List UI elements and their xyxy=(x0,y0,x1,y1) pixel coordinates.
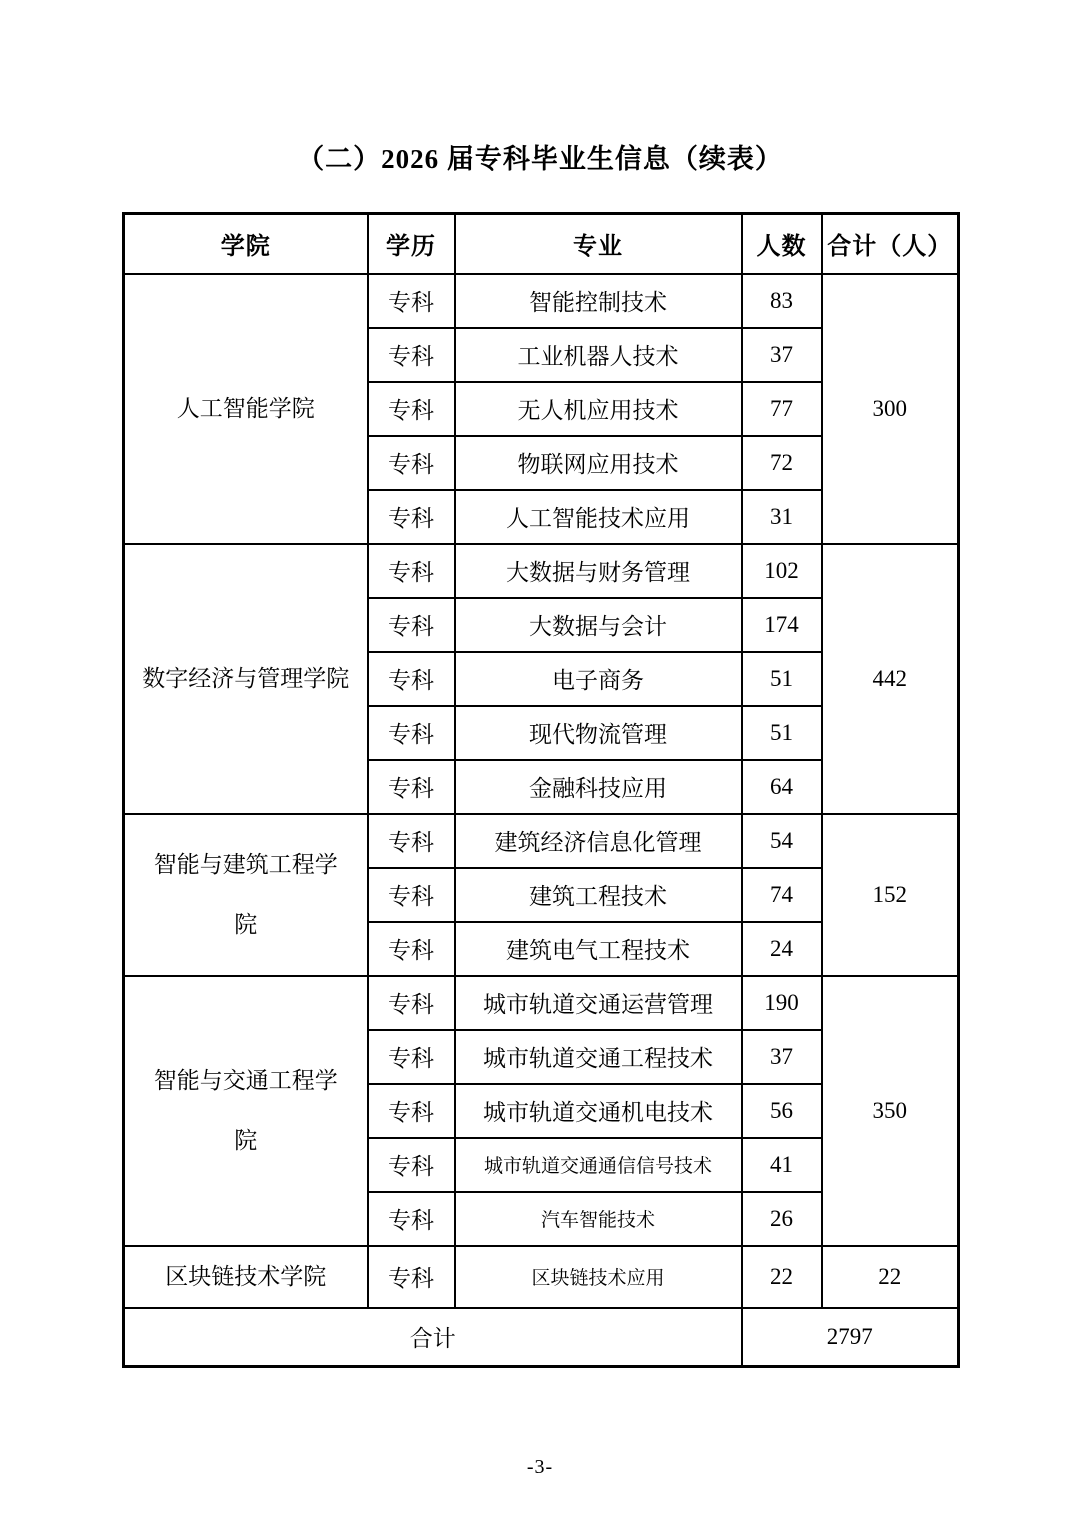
count-cell: 24 xyxy=(742,922,822,976)
degree-cell: 专科 xyxy=(368,1192,455,1246)
footer-label-cell: 合计 xyxy=(124,1308,742,1367)
table-row: 人工智能学院专科智能控制技术83300 xyxy=(124,274,959,328)
degree-cell: 专科 xyxy=(368,1084,455,1138)
count-cell: 77 xyxy=(742,382,822,436)
college-name-line: 院 xyxy=(125,1111,367,1171)
graduates-table: 学院 学历 专业 人数 合计（人） 人工智能学院专科智能控制技术83300专科工… xyxy=(122,212,960,1368)
degree-cell: 专科 xyxy=(368,1246,455,1308)
count-cell: 174 xyxy=(742,598,822,652)
degree-cell: 专科 xyxy=(368,328,455,382)
count-cell: 51 xyxy=(742,706,822,760)
page-title: （二）2026 届专科毕业生信息（续表） xyxy=(0,0,1080,177)
major-cell: 工业机器人技术 xyxy=(455,328,742,382)
header-college: 学院 xyxy=(124,214,368,274)
group-total-cell: 300 xyxy=(822,274,959,544)
table-body: 人工智能学院专科智能控制技术83300专科工业机器人技术37专科无人机应用技术7… xyxy=(124,274,959,1308)
count-cell: 51 xyxy=(742,652,822,706)
major-cell: 城市轨道交通通信信号技术 xyxy=(455,1138,742,1192)
degree-cell: 专科 xyxy=(368,274,455,328)
header-count: 人数 xyxy=(742,214,822,274)
page-number: -3- xyxy=(0,1456,1080,1479)
degree-cell: 专科 xyxy=(368,1138,455,1192)
group-total-cell: 350 xyxy=(822,976,959,1246)
count-cell: 102 xyxy=(742,544,822,598)
degree-cell: 专科 xyxy=(368,976,455,1030)
major-cell: 大数据与财务管理 xyxy=(455,544,742,598)
college-cell: 智能与建筑工程学院 xyxy=(124,814,368,976)
college-name-line: 智能与建筑工程学 xyxy=(125,835,367,895)
header-degree: 学历 xyxy=(368,214,455,274)
count-cell: 37 xyxy=(742,328,822,382)
college-name-line: 区块链技术学院 xyxy=(125,1247,367,1307)
count-cell: 74 xyxy=(742,868,822,922)
document-page: （二）2026 届专科毕业生信息（续表） 学院 学历 专业 人数 合计（人） 人… xyxy=(0,0,1080,1479)
major-cell: 汽车智能技术 xyxy=(455,1192,742,1246)
count-cell: 72 xyxy=(742,436,822,490)
major-cell: 城市轨道交通运营管理 xyxy=(455,976,742,1030)
major-cell: 大数据与会计 xyxy=(455,598,742,652)
group-total-cell: 152 xyxy=(822,814,959,976)
degree-cell: 专科 xyxy=(368,1030,455,1084)
degree-cell: 专科 xyxy=(368,652,455,706)
degree-cell: 专科 xyxy=(368,382,455,436)
major-cell: 物联网应用技术 xyxy=(455,436,742,490)
table-row: 智能与交通工程学院专科城市轨道交通运营管理190350 xyxy=(124,976,959,1030)
table-row: 数字经济与管理学院专科大数据与财务管理102442 xyxy=(124,544,959,598)
major-cell: 城市轨道交通工程技术 xyxy=(455,1030,742,1084)
count-cell: 54 xyxy=(742,814,822,868)
table-row: 区块链技术学院专科区块链技术应用2222 xyxy=(124,1246,959,1308)
count-cell: 22 xyxy=(742,1246,822,1308)
degree-cell: 专科 xyxy=(368,922,455,976)
college-cell: 智能与交通工程学院 xyxy=(124,976,368,1246)
major-cell: 智能控制技术 xyxy=(455,274,742,328)
college-name-line: 数字经济与管理学院 xyxy=(125,649,367,709)
major-cell: 人工智能技术应用 xyxy=(455,490,742,544)
degree-cell: 专科 xyxy=(368,598,455,652)
college-name-line: 院 xyxy=(125,895,367,955)
count-cell: 31 xyxy=(742,490,822,544)
header-total: 合计（人） xyxy=(822,214,959,274)
major-cell: 建筑经济信息化管理 xyxy=(455,814,742,868)
college-name-line: 人工智能学院 xyxy=(125,379,367,439)
college-cell: 区块链技术学院 xyxy=(124,1246,368,1308)
degree-cell: 专科 xyxy=(368,436,455,490)
table-row: 智能与建筑工程学院专科建筑经济信息化管理54152 xyxy=(124,814,959,868)
count-cell: 56 xyxy=(742,1084,822,1138)
degree-cell: 专科 xyxy=(368,544,455,598)
major-cell: 电子商务 xyxy=(455,652,742,706)
count-cell: 64 xyxy=(742,760,822,814)
major-cell: 建筑电气工程技术 xyxy=(455,922,742,976)
group-total-cell: 442 xyxy=(822,544,959,814)
college-name-line: 智能与交通工程学 xyxy=(125,1051,367,1111)
major-cell: 金融科技应用 xyxy=(455,760,742,814)
header-row: 学院 学历 专业 人数 合计（人） xyxy=(124,214,959,274)
footer-total-cell: 2797 xyxy=(742,1308,959,1367)
degree-cell: 专科 xyxy=(368,814,455,868)
count-cell: 41 xyxy=(742,1138,822,1192)
group-total-cell: 22 xyxy=(822,1246,959,1308)
count-cell: 37 xyxy=(742,1030,822,1084)
count-cell: 83 xyxy=(742,274,822,328)
major-cell: 建筑工程技术 xyxy=(455,868,742,922)
college-cell: 人工智能学院 xyxy=(124,274,368,544)
major-cell: 区块链技术应用 xyxy=(455,1246,742,1308)
major-cell: 城市轨道交通机电技术 xyxy=(455,1084,742,1138)
major-cell: 无人机应用技术 xyxy=(455,382,742,436)
header-major: 专业 xyxy=(455,214,742,274)
degree-cell: 专科 xyxy=(368,490,455,544)
degree-cell: 专科 xyxy=(368,706,455,760)
footer-row: 合计 2797 xyxy=(124,1308,959,1367)
count-cell: 26 xyxy=(742,1192,822,1246)
college-cell: 数字经济与管理学院 xyxy=(124,544,368,814)
degree-cell: 专科 xyxy=(368,760,455,814)
major-cell: 现代物流管理 xyxy=(455,706,742,760)
degree-cell: 专科 xyxy=(368,868,455,922)
count-cell: 190 xyxy=(742,976,822,1030)
table-footer: 合计 2797 xyxy=(124,1308,959,1367)
